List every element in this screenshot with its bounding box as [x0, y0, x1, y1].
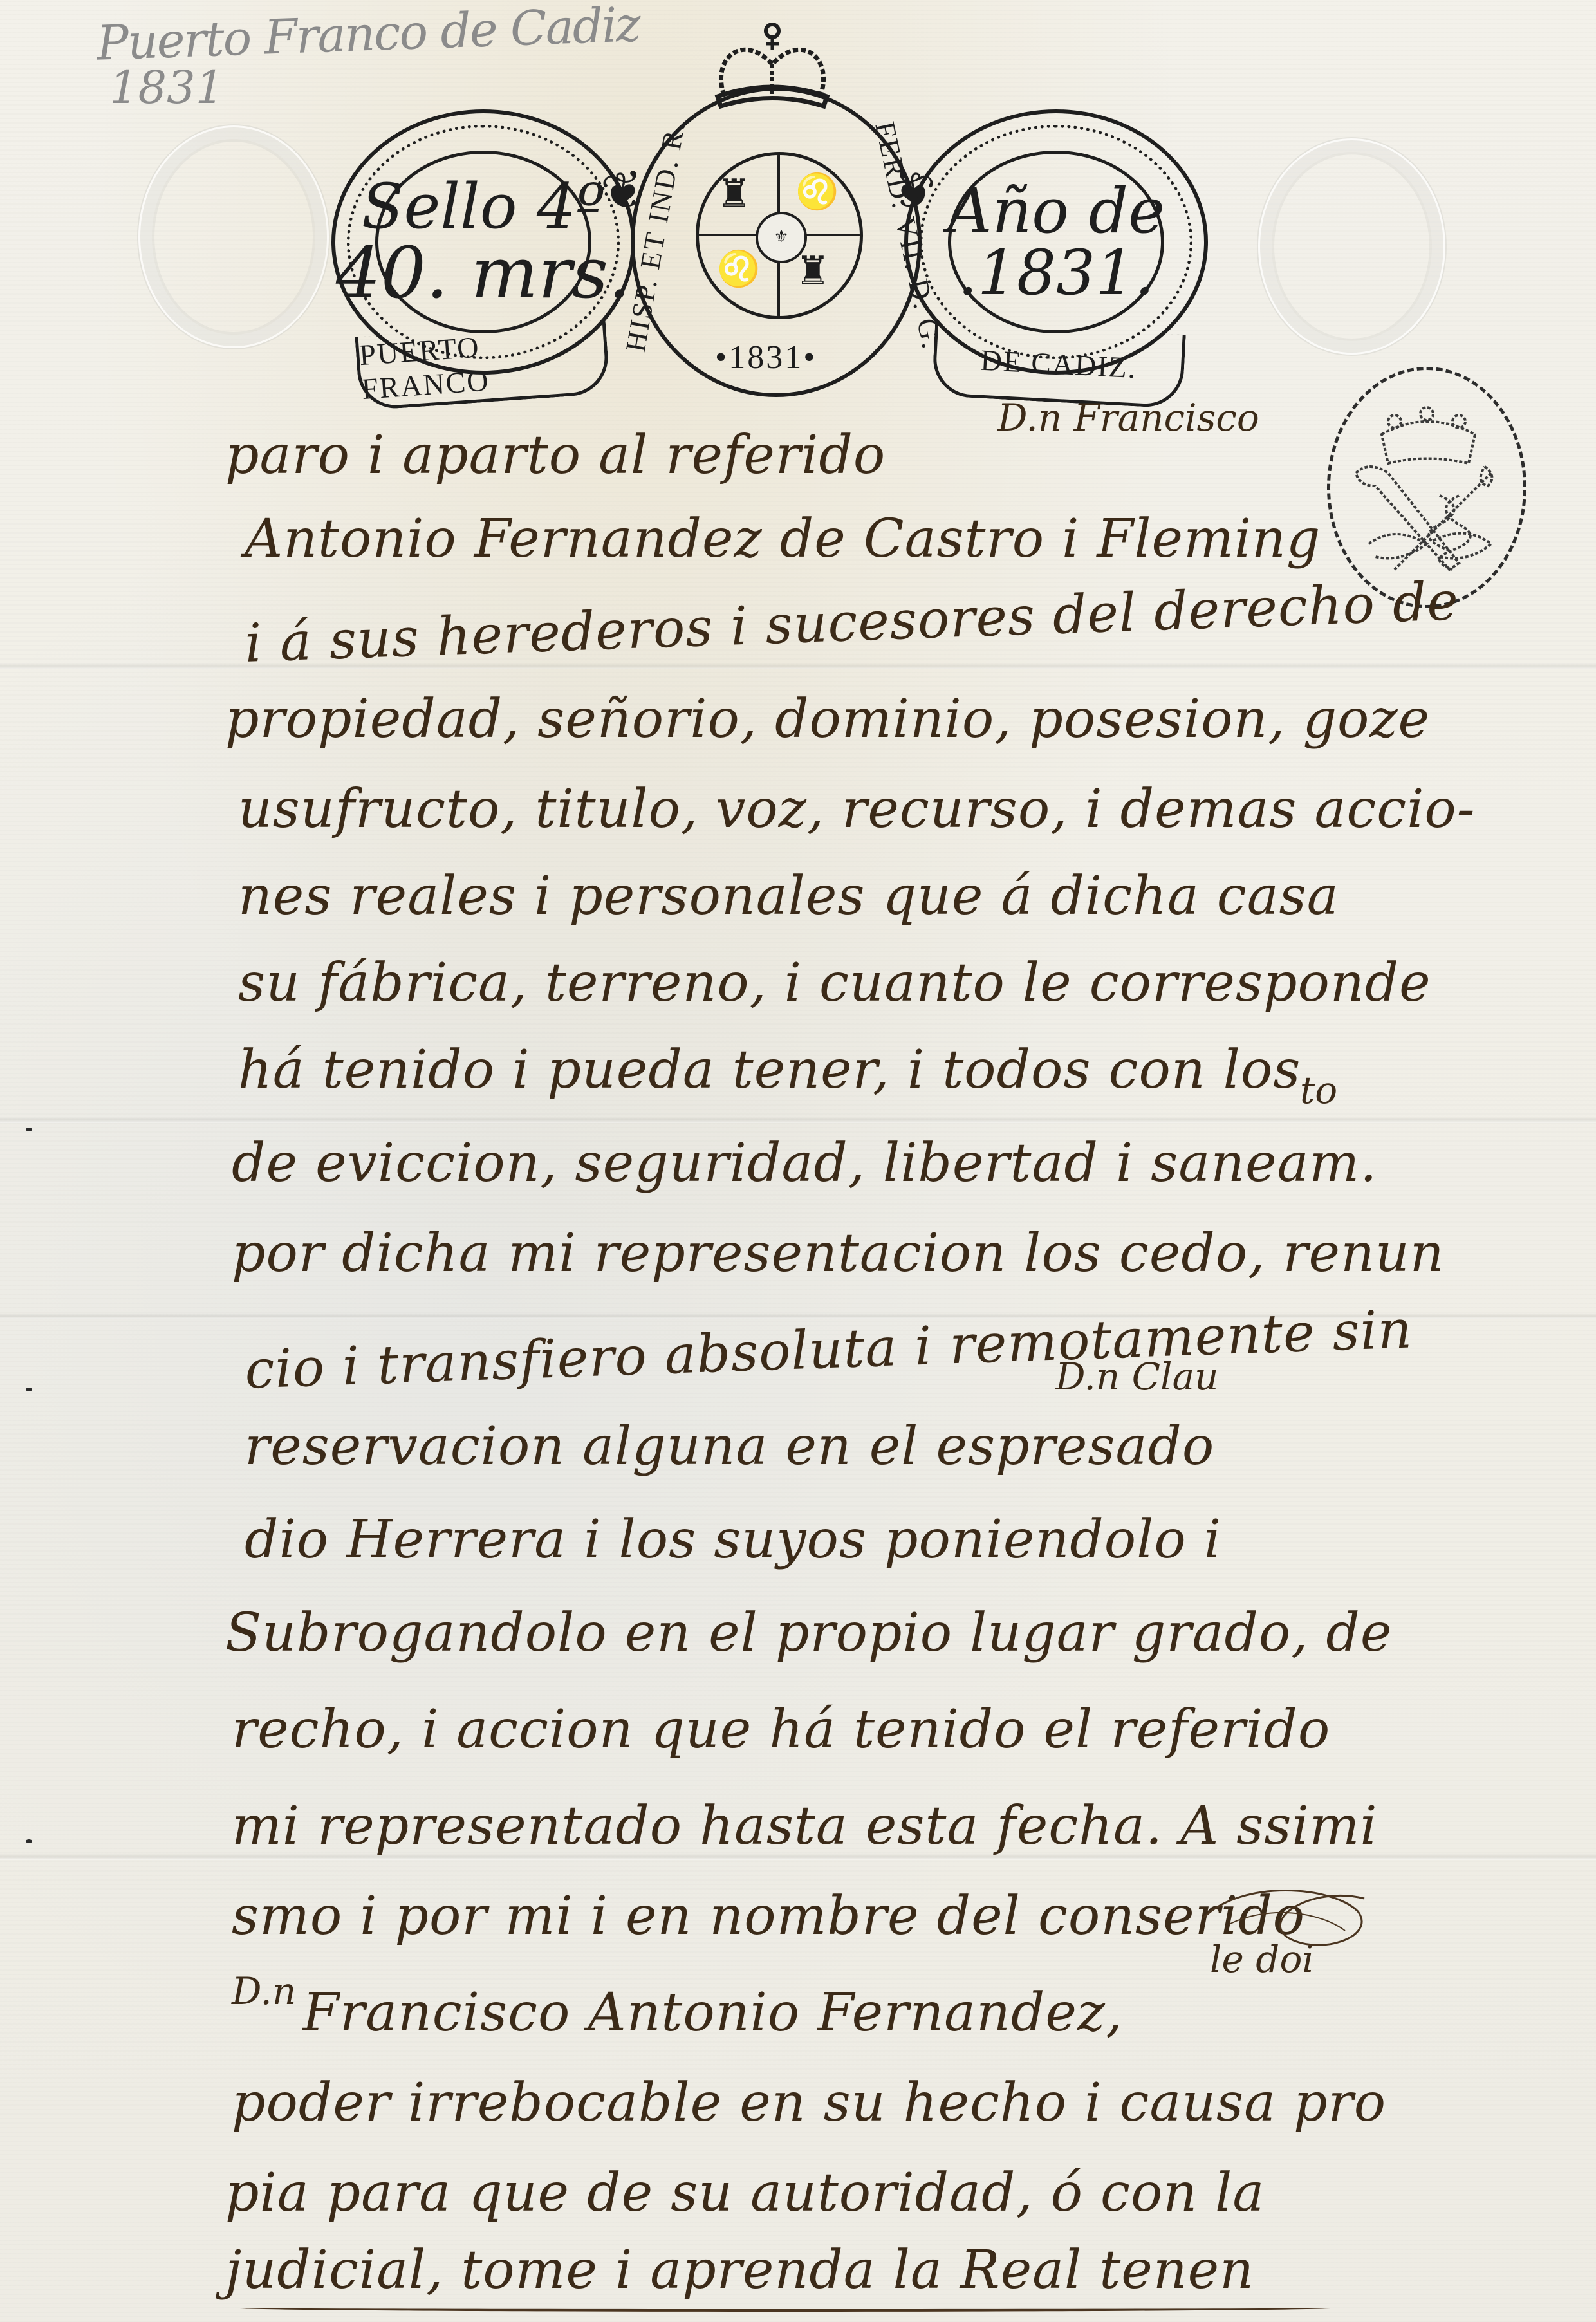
manuscript-line: usufructo, titulo, voz, recurso, i demas… [238, 779, 1476, 840]
manuscript-line: nes reales i personales que á dicha casa [238, 866, 1339, 927]
manuscript-line: su fábrica, terreno, i cuanto le corresp… [238, 952, 1431, 1014]
manuscript-superscript: to [1300, 1068, 1337, 1112]
manuscript-line: smo i por mi i en nombre del conserido [232, 1886, 1305, 1947]
manuscript-line: judicial, tome i aprenda la Real tenen [225, 2240, 1254, 2301]
manuscript-line: mi representado hasta esta fecha. A ssim… [232, 1796, 1378, 1857]
closing-underline [232, 2304, 1339, 2312]
pen-flourish [1191, 1866, 1384, 1969]
manuscript-line: cio i transfiero absoluta i remotamente … [244, 1299, 1413, 1400]
manuscript-line: i á sus herederos i sucesores del derech… [244, 571, 1460, 674]
manuscript-line: por dicha mi representacion los cedo, re… [232, 1223, 1445, 1284]
manuscript-line: Antonio Fernandez de Castro i Fleming [245, 508, 1321, 570]
manuscript-line: de eviccion, seguridad, libertad i sanea… [232, 1133, 1377, 1194]
manuscript-line: Subrogandolo en el propio lugar grado, d… [225, 1602, 1392, 1664]
manuscript-line: reservacion alguna en el espresado [245, 1416, 1214, 1477]
manuscript-body: paro i aparto al referido Antonio Fernan… [0, 0, 1596, 2322]
manuscript-superscript: D.n [232, 1969, 296, 2013]
manuscript-line: paro i aparto al referido [225, 425, 886, 486]
manuscript-line: dio Herrera i los suyos poniendolo i [245, 1509, 1221, 1570]
manuscript-line: recho, i accion que há tenido el referid… [232, 1699, 1330, 1760]
manuscript-line: propiedad, señorio, dominio, posesion, g… [225, 689, 1430, 750]
manuscript-line: pia para que de su autoridad, ó con la [225, 2162, 1265, 2224]
manuscript-line: poder irrebocable en su hecho i causa pr… [232, 2072, 1386, 2133]
manuscript-line: há tenido i pueda tener, i todos con los [238, 1039, 1301, 1101]
manuscript-line: Francisco Antonio Fernandez, [302, 1982, 1123, 2043]
manuscript-superscript: D.n Clau [1055, 1355, 1219, 1398]
manuscript-superscript: D.n Francisco [997, 396, 1259, 440]
